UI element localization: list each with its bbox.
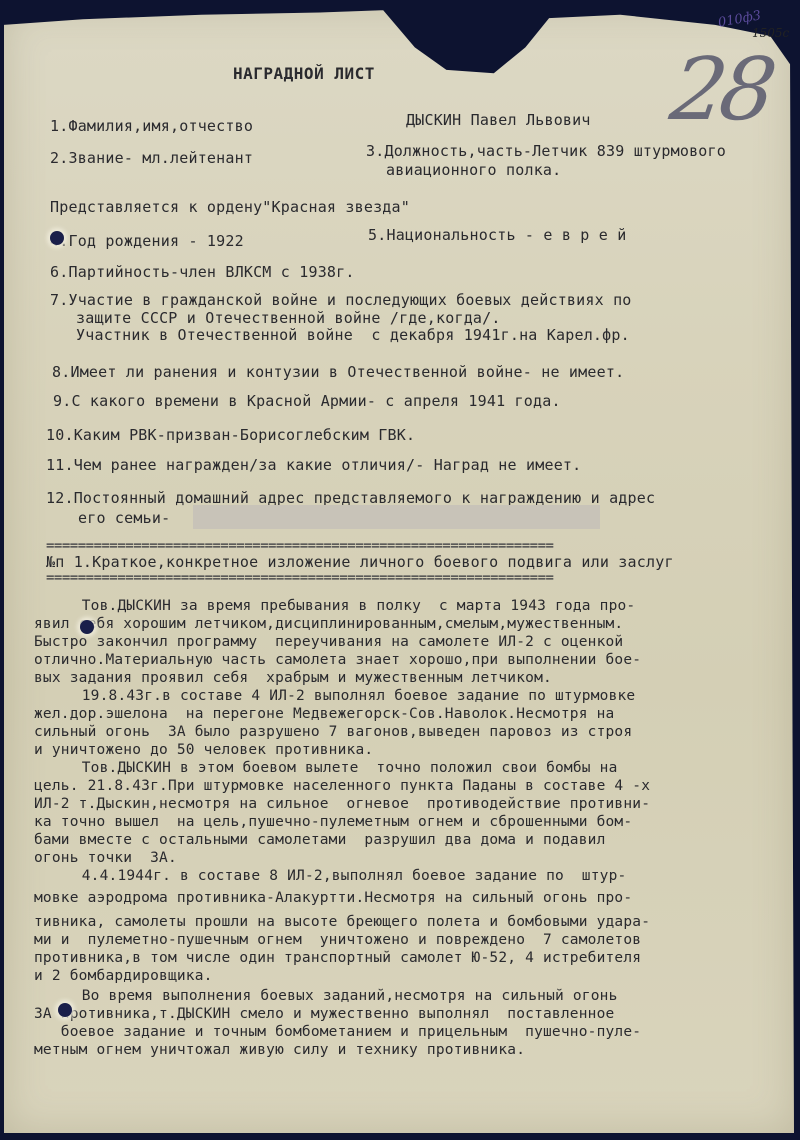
narrative-line: ЗА противника,т.ДЫСКИН смело и мужествен… bbox=[34, 1006, 614, 1022]
narrative-line: Быстро закончил программу переучивания н… bbox=[34, 634, 623, 650]
narrative-line: ми и пулеметно-пушечным огнем уничтожено… bbox=[34, 932, 641, 948]
field-name-label: 1.Фамилия,имя,отчество bbox=[50, 117, 253, 135]
field-prior-awards: 11.Чем ранее награжден/за какие отличия/… bbox=[46, 456, 581, 474]
narrative-line: огонь точки ЗА. bbox=[34, 850, 177, 866]
document-title: НАГРАДНОЙ ЛИСТ bbox=[233, 64, 375, 83]
field-name-value: ДЫСКИН Павел Львович bbox=[406, 111, 591, 129]
narrative-line: бами вместе с остальными самолетами разр… bbox=[34, 832, 606, 848]
narrative-line: тивника, самолеты прошли на высоте бреющ… bbox=[34, 914, 650, 930]
field-rank: 2.Звание- мл.лейтенант bbox=[50, 149, 253, 167]
field-position: 3.Должность,часть-Летчик 839 штурмового bbox=[366, 142, 726, 160]
field-wounds: 8.Имеет ли ранения и контузии в Отечеств… bbox=[52, 363, 624, 381]
narrative-line: мовке аэродрома противника-Алакуртти.Нес… bbox=[34, 890, 632, 906]
punch-hole-icon bbox=[50, 231, 64, 245]
field-army-since: 9.С какого времени в Красной Армии- с ап… bbox=[53, 392, 561, 410]
narrative-line: Тов.ДЫСКИН за время пребывания в полку с… bbox=[46, 598, 635, 614]
punch-hole-icon bbox=[58, 1003, 72, 1017]
narrative-line: 4.4.1944г. в составе 8 ИЛ-2,выполнял бое… bbox=[46, 868, 626, 884]
field-conscription: 10.Каким РВК-призван-Борисоглебским ГВК. bbox=[46, 426, 415, 444]
sheet-number: 28 bbox=[665, 40, 776, 140]
narrative-line: противника,в том числе один транспортный… bbox=[34, 950, 641, 966]
narrative-line: ИЛ-2 т.Дыскин,несмотря на сильное огнево… bbox=[34, 796, 650, 812]
narrative-line: метным огнем уничтожал живую силу и техн… bbox=[34, 1042, 525, 1058]
field-war-participation-3: Участник в Отечественной войне с декабря… bbox=[76, 326, 630, 344]
redacted-address bbox=[193, 505, 600, 529]
section-heading: №п 1.Краткое,конкретное изложение личног… bbox=[46, 553, 674, 571]
field-position-cont: авиационного полка. bbox=[386, 161, 561, 179]
award-nomination: Представляется к ордену"Красная звезда" bbox=[50, 198, 410, 216]
narrative-line: и 2 бомбардировщика. bbox=[34, 968, 213, 984]
separator-top: ========================================… bbox=[46, 538, 786, 554]
field-party: 6.Партийность-член ВЛКСМ с 1938г. bbox=[50, 263, 355, 281]
separator-bottom: ========================================… bbox=[46, 570, 786, 586]
narrative-line: вых задания проявил себя храбрым и мужес… bbox=[34, 670, 552, 686]
reference-number: 1505с bbox=[752, 26, 789, 40]
narrative-line: отлично.Материальную часть самолета знае… bbox=[34, 652, 641, 668]
narrative-line: 19.8.43г.в составе 4 ИЛ-2 выполнял боево… bbox=[46, 688, 635, 704]
field-war-participation-2: защите СССР и Отечественной войне /где,к… bbox=[76, 309, 501, 327]
narrative-line: Тов.ДЫСКИН в этом боевом вылете точно по… bbox=[46, 760, 618, 776]
narrative-line: боевое задание и точным бомбометанием и … bbox=[34, 1024, 641, 1040]
field-war-participation: 7.Участие в гражданской войне и последую… bbox=[50, 291, 632, 309]
narrative-line: жел.дор.эшелона на перегоне Медвежегорск… bbox=[34, 706, 614, 722]
narrative-line: явил себя хорошим летчиком,дисциплиниров… bbox=[34, 616, 623, 632]
narrative-line: и уничтожено до 50 человек противника. bbox=[34, 742, 373, 758]
narrative-line: ка точно вышел на цель,пушечно-пулеметны… bbox=[34, 814, 632, 830]
field-nationality: 5.Национальность - е в р е й bbox=[368, 226, 626, 244]
punch-hole-icon bbox=[80, 620, 94, 634]
narrative-line: Во время выполнения боевых заданий,несмо… bbox=[46, 988, 618, 1004]
narrative-line: цель. 21.8.43г.При штурмовке населенного… bbox=[34, 778, 650, 794]
field-address-2: его семьи- bbox=[78, 509, 170, 527]
field-birth-year: 4.Год рождения - 1922 bbox=[50, 232, 244, 250]
narrative-line: сильный огонь ЗА было разрушено 7 вагоно… bbox=[34, 724, 632, 740]
